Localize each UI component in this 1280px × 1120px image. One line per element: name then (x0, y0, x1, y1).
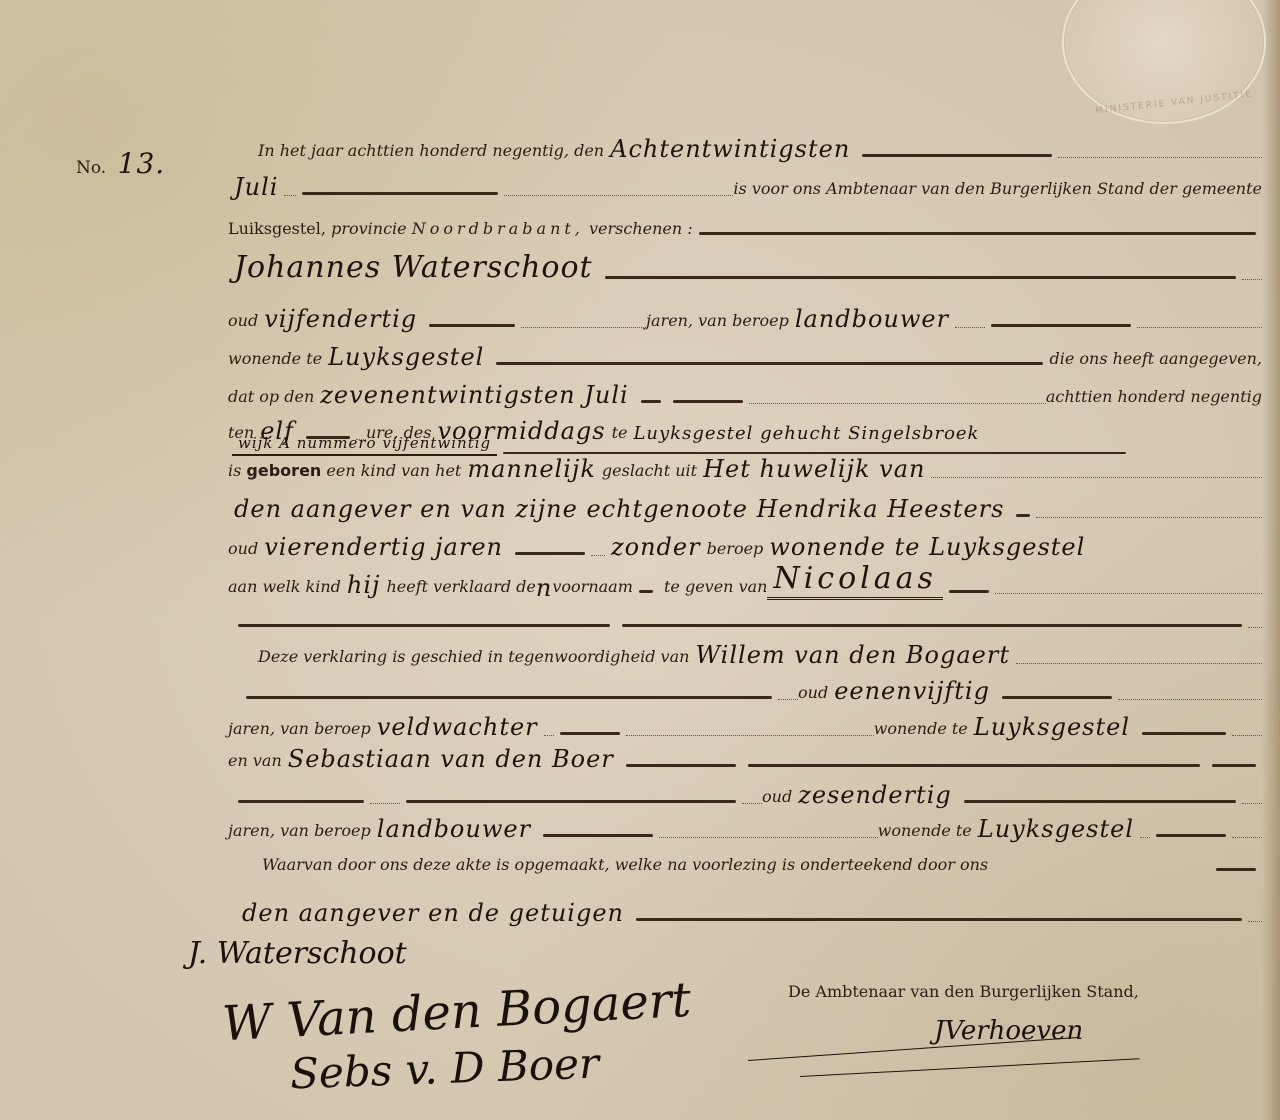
handwritten-n: n (536, 576, 552, 600)
line-address-insert: wijk A nummero vijfentwintig (232, 436, 1132, 456)
printed-text: jaren, van beroep (228, 719, 371, 742)
handwritten-mother-residence: wonende te Luyksgestel (763, 535, 1091, 562)
handwritten-residence: Luyksgestel (322, 345, 490, 372)
printed-text: voornaam (552, 577, 633, 600)
page-edge-shadow (1262, 0, 1280, 1120)
line-closing: Waarvan door ons deze akte is opgemaakt,… (262, 848, 1262, 878)
line-birth-date: dat op den zevenentwintigsten Juli achtt… (228, 380, 1262, 410)
printed-text: jaren, van beroep (646, 311, 789, 334)
line-age-occupation: oud vijfendertig jaren, van beroep landb… (228, 304, 1262, 334)
line-witness1-occupation: jaren, van beroep veldwachter wonende te… (228, 712, 1262, 742)
line-witness2: en van Sebastiaan van den Boer (228, 744, 1262, 774)
printed-text: oud (798, 683, 828, 706)
printed-text: provincie (331, 219, 407, 242)
printed-text: en van (228, 751, 282, 774)
line-child-name: aan welk kind hij heeft verklaard de n v… (228, 570, 1262, 600)
handwritten-mother-age: vierendertig jaren (258, 535, 509, 562)
printed-text: wonende te (874, 719, 968, 742)
printed-text: wonende te (228, 349, 322, 372)
handwritten-witness2-residence: Luyksgestel (972, 817, 1140, 844)
handwritten-occupation: landbouwer (789, 307, 955, 334)
handwritten-address: wijk A nummero vijfentwintig (232, 436, 497, 456)
printed-text: te geven van (664, 577, 767, 600)
printed-text: beroep (707, 539, 764, 562)
printed-text: is voor ons Ambtenaar van den Burgerlijk… (733, 179, 1262, 202)
printed-text: achttien honderd negentig (1046, 387, 1262, 410)
printed-province: Noordbrabant, (412, 219, 584, 242)
line-mother: den aangever en van zijne echtgenoote He… (228, 494, 1262, 524)
official-title: De Ambtenaar van den Burgerlijken Stand, (788, 982, 1139, 1005)
handwritten-witness1-occupation: veldwachter (371, 715, 544, 742)
handwritten-witness1-age: eenenvijftig (828, 679, 996, 706)
printed-municipality: Luiksgestel, (228, 219, 326, 242)
printed-text: jaren, van beroep (228, 821, 371, 844)
handwritten-birth-date: zevenentwintigsten Juli (314, 383, 634, 410)
handwritten-sex: mannelijk (461, 457, 602, 484)
printed-text: In het jaar achttien honderd negentig, d… (258, 141, 604, 164)
handwritten-signers: den aangever en de getuigen (236, 901, 630, 928)
line-witness1-age: oud eenenvijftig (240, 676, 1262, 706)
handwritten-child-name: Nicolaas (767, 564, 942, 600)
printed-text: wonende te (878, 821, 972, 844)
line-signers: den aangever en de getuigen (236, 898, 1262, 928)
record-number: No. 13. (76, 150, 171, 178)
record-number-value: 13. (112, 147, 172, 183)
printed-text: Deze verklaring is geschied in tegenwoor… (258, 647, 689, 670)
line-witness1: Deze verklaring is geschied in tegenwoor… (258, 640, 1262, 670)
line-municipality: Luiksgestel, provincie Noordbrabant, ver… (228, 212, 1262, 242)
printed-text: die ons heeft aangegeven, (1049, 349, 1262, 372)
line-declarant: Johannes Waterschoot (228, 256, 1262, 286)
printed-text: oud (228, 311, 258, 334)
line-date: In het jaar achttien honderd negentig, d… (258, 134, 1262, 164)
line-witness2-age: oud zesendertig (232, 780, 1262, 810)
line-blank (232, 604, 1262, 634)
handwritten-witness1-residence: Luyksgestel (968, 715, 1136, 742)
handwritten-witness2-occupation: landbouwer (371, 817, 537, 844)
printed-text: Waarvan door ons deze akte is opgemaakt,… (262, 855, 988, 878)
handwritten-marriage: Het huwelijk van (697, 457, 931, 484)
handwritten-witness1-name: Willem van den Bogaert (689, 643, 1016, 670)
handwritten-pronoun: hij (341, 573, 387, 600)
line-mother-details: oud vierendertig jaren zonder beroep won… (228, 532, 1262, 562)
handwritten-age: vijfendertig (258, 307, 423, 334)
printed-text: een kind van het (326, 461, 461, 484)
record-number-label: No. (76, 158, 106, 178)
printed-text: aan welk kind (228, 577, 341, 600)
signature-declarant: J. Waterschoot (188, 936, 407, 971)
printed-text: dat op den (228, 387, 314, 410)
line-born: is geboren een kind van het mannelijk ge… (228, 454, 1262, 484)
handwritten-mother-occupation: zonder (605, 535, 707, 562)
printed-text: heeft verklaard de (386, 577, 535, 600)
handwritten-month: Juli (228, 175, 284, 202)
printed-text: geslacht uit (602, 461, 697, 484)
line-witness2-occupation: jaren, van beroep landbouwer wonende te … (228, 814, 1262, 844)
signature-flourish (748, 1037, 1077, 1061)
printed-text: oud (228, 539, 258, 562)
printed-text: is (228, 461, 241, 484)
handwritten-declarant-name: Johannes Waterschoot (228, 253, 599, 286)
handwritten-witness2-age: zesendertig (792, 783, 958, 810)
printed-text: verschenen : (589, 219, 693, 242)
printed-born-bold: geboren (246, 461, 321, 484)
line-month: Juli is voor ons Ambtenaar van den Burge… (228, 172, 1262, 202)
handwritten-day: Achtentwintigsten (604, 137, 856, 164)
printed-text: oud (762, 787, 792, 810)
handwritten-witness2-name: Sebastiaan van den Boer (282, 747, 620, 774)
signature-witness1: W Van den Bogaert (221, 972, 692, 1052)
signature-witness2: Sebs v. D Boer (289, 1039, 600, 1099)
line-residence: wonende te Luyksgestel die ons heeft aan… (228, 342, 1262, 372)
signature-flourish (800, 1058, 1140, 1077)
handwritten-mother: den aangever en van zijne echtgenoote He… (228, 497, 1010, 524)
